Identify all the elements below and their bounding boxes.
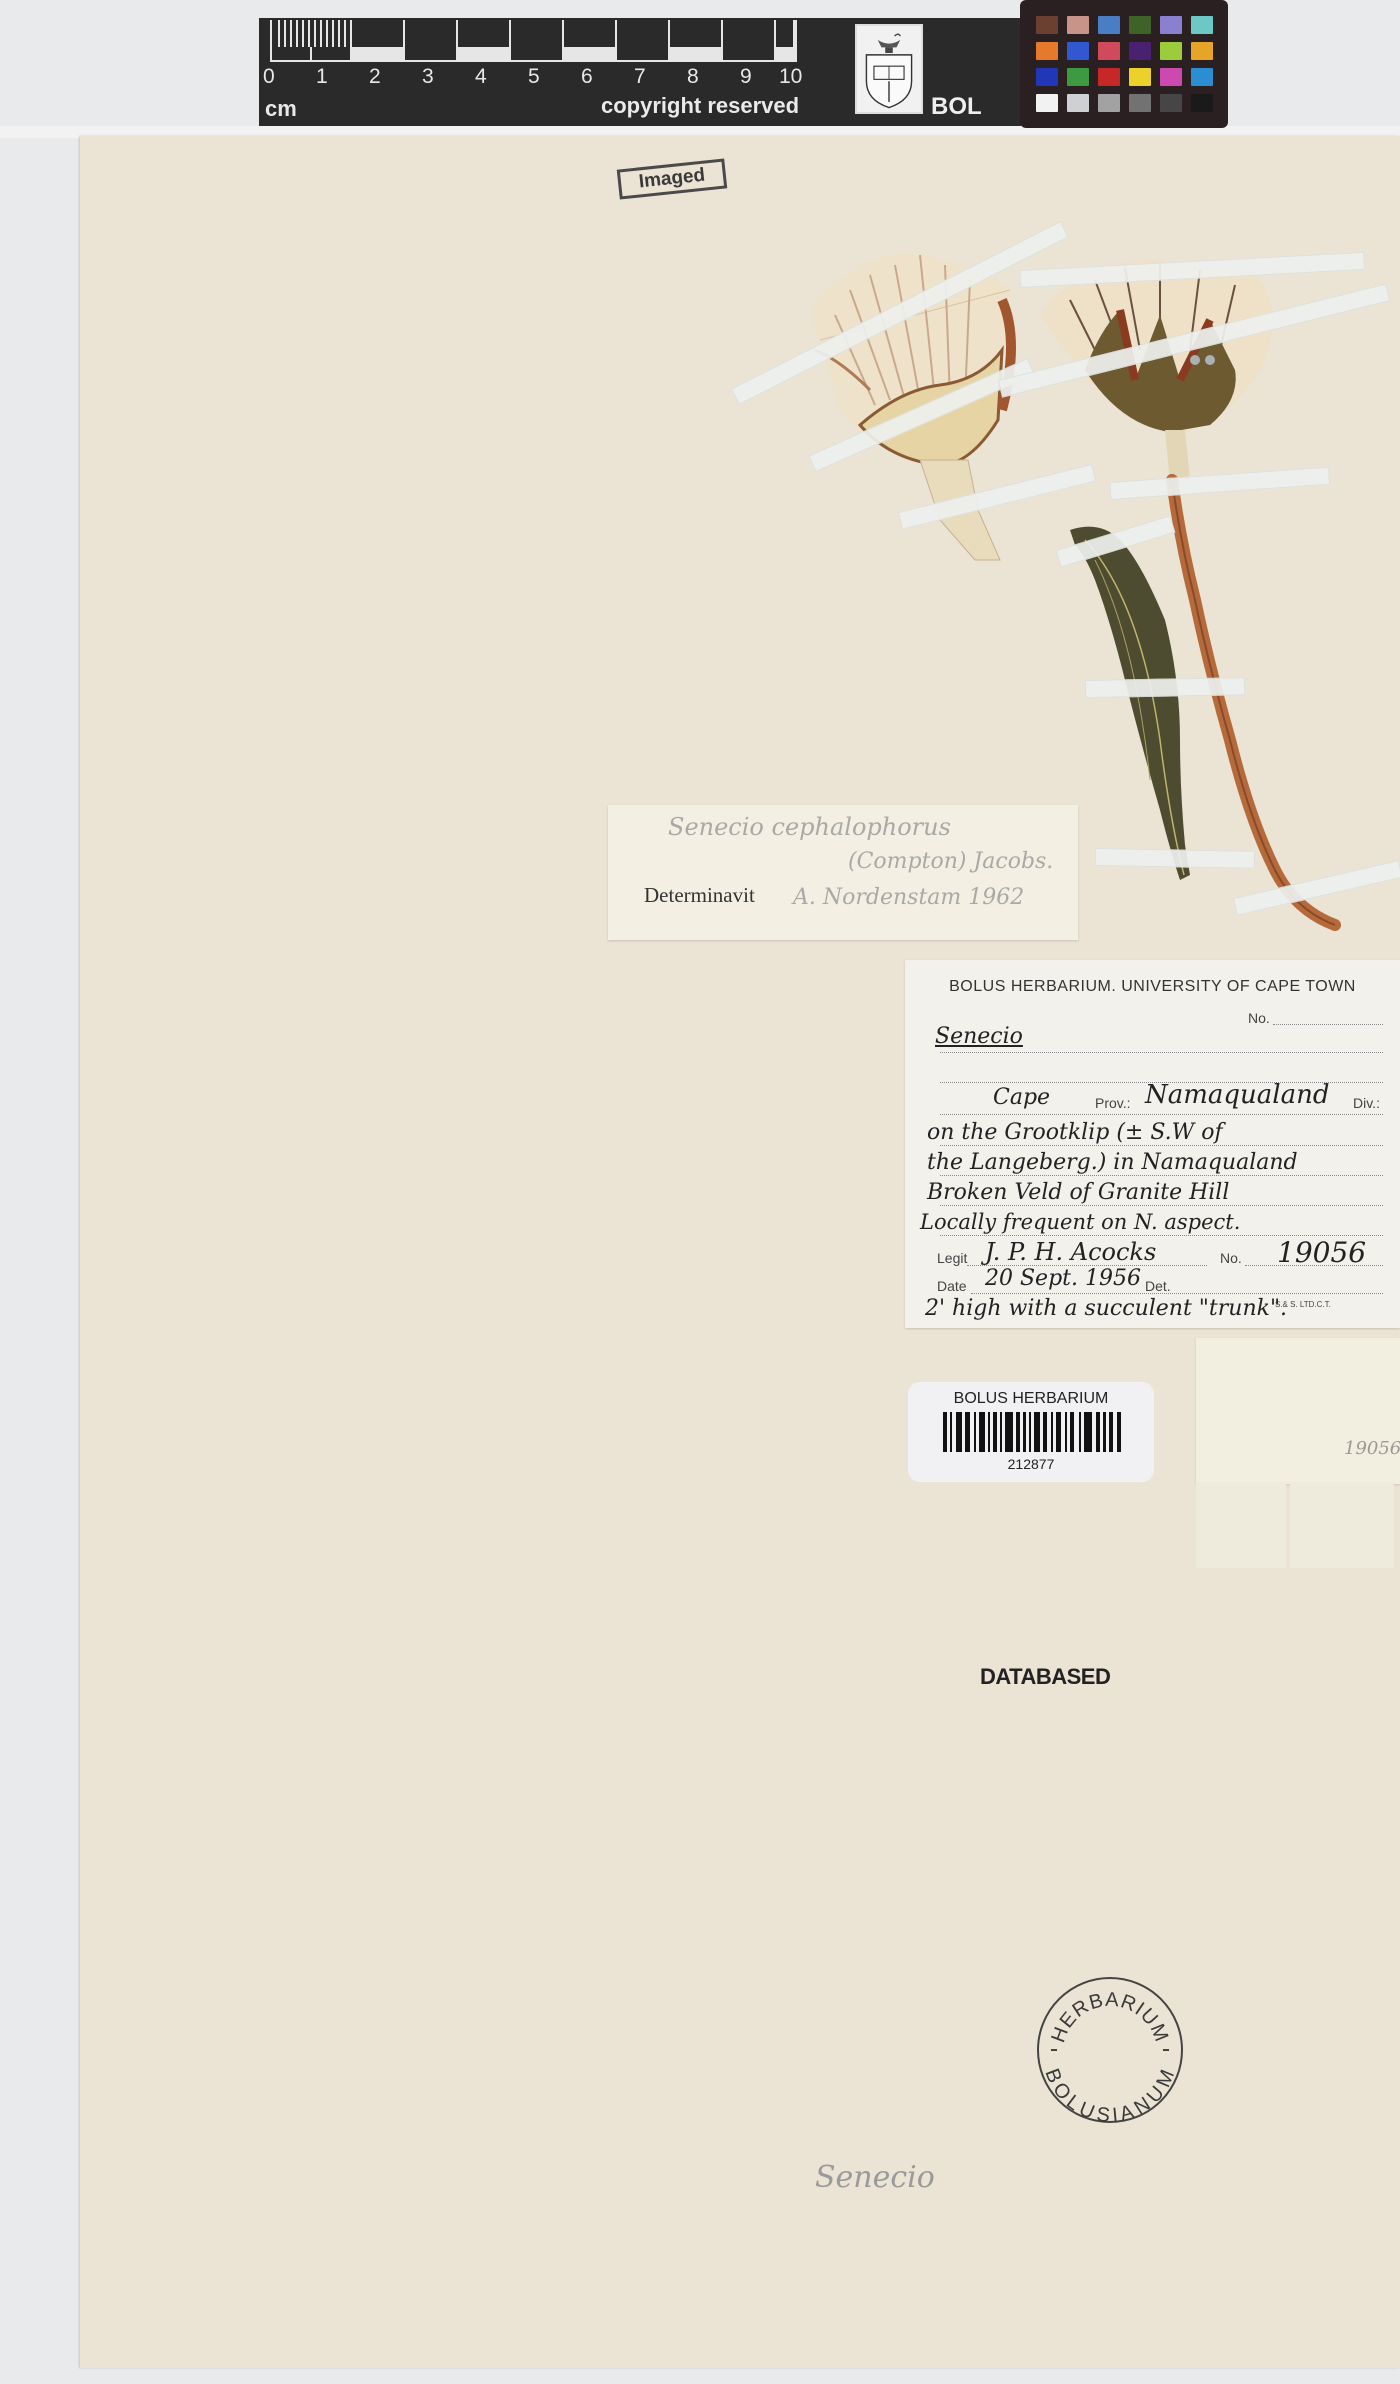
university-crest-icon (855, 24, 923, 114)
color-swatch (1036, 68, 1058, 86)
color-swatch (1129, 68, 1151, 86)
ruler-tick: 9 (740, 65, 752, 89)
color-swatch (1160, 94, 1182, 112)
barcode-title: BOLUS HERBARIUM (908, 1390, 1154, 1408)
color-calibration-chart (1020, 0, 1228, 128)
collector-number: 19056 (1277, 1236, 1366, 1269)
color-swatch (1067, 42, 1089, 60)
color-swatch (1036, 94, 1058, 112)
stamp-bottom-text: BOLUSIANUM (1040, 2066, 1179, 2125)
det-field-label: Det. (1145, 1278, 1171, 1294)
color-swatch (1129, 16, 1151, 34)
color-swatch (1191, 16, 1213, 34)
fragment-packet: 19056 (1196, 1338, 1400, 1484)
color-swatch (1129, 94, 1151, 112)
determinavit-label: Determinavit (644, 883, 755, 908)
barcode-label: BOLUS HERBARIUM 212877 (908, 1382, 1154, 1482)
color-swatch (1036, 42, 1058, 60)
color-swatch (1036, 16, 1058, 34)
det-authority: (Compton) Jacobs. (848, 849, 1053, 874)
ruler-tick: 8 (687, 65, 699, 89)
ruler-tick: 6 (581, 65, 593, 89)
ruler-tick: 10 (779, 65, 802, 89)
collection-label: BOLUS HERBARIUM. UNIVERSITY OF CAPE TOWN… (905, 960, 1400, 1328)
locality-line: Broken Veld of Granite Hill (927, 1180, 1229, 1205)
packet-flap (1196, 1482, 1286, 1568)
color-swatch (1129, 42, 1151, 60)
division-value: Namaqualand (1145, 1080, 1330, 1110)
institution-code: BOL (931, 93, 982, 121)
locality-line: Locally frequent on N. aspect. (920, 1210, 1240, 1234)
number-field-label: No. (1248, 1010, 1270, 1026)
mounting-tape (1095, 848, 1255, 869)
province-value: Cape (993, 1085, 1050, 1110)
locality-line: on the Grootklip (± S.W of (927, 1120, 1223, 1145)
copyright-notice: copyright reserved (601, 93, 799, 119)
ruler-tick: 1 (316, 65, 328, 89)
genus-handwritten: Senecio (935, 1024, 1023, 1049)
date-label: Date (937, 1278, 967, 1294)
ruler-tick: 5 (528, 65, 540, 89)
ruler-unit-label: cm (265, 96, 297, 122)
label-header: BOLUS HERBARIUM. UNIVERSITY OF CAPE TOWN (905, 978, 1400, 996)
color-swatch (1098, 68, 1120, 86)
pencil-genus-annotation: Senecio (815, 2160, 935, 2195)
collector-number-label: No. (1220, 1250, 1242, 1266)
color-swatch (1160, 68, 1182, 86)
color-swatch (1098, 16, 1120, 34)
color-swatch (1067, 94, 1089, 112)
ruler-tick: 2 (369, 65, 381, 89)
barcode-icon (943, 1412, 1121, 1452)
color-swatch (1098, 42, 1120, 60)
province-label: Prov.: (1095, 1095, 1131, 1111)
color-swatch (1160, 42, 1182, 60)
mounting-tape (1085, 677, 1245, 698)
color-swatch (1067, 68, 1089, 86)
stamp-top-text: HERBARIUM (1047, 1989, 1172, 2046)
ruler-scale-bar (270, 20, 797, 62)
leaf (1070, 527, 1190, 880)
det-taxon: Senecio cephalophorus (668, 813, 951, 841)
habit-notes: 2' high with a succulent "trunk". (925, 1296, 1287, 1321)
color-swatch (1160, 16, 1182, 34)
collection-date: 20 Sept. 1956 (985, 1266, 1141, 1291)
color-swatch (1191, 68, 1213, 86)
ruler-tick: 3 (422, 65, 434, 89)
division-label: Div.: (1353, 1095, 1380, 1111)
packet-number: 19056 (1344, 1438, 1400, 1459)
locality-line: the Langeberg.) in Namaqualand (927, 1150, 1298, 1175)
svg-text:BOLUSIANUM: BOLUSIANUM (1040, 2066, 1179, 2125)
herbarium-bolusianum-stamp: HERBARIUM BOLUSIANUM (1035, 1975, 1185, 2125)
color-swatch (1191, 94, 1213, 112)
det-determiner: A. Nordenstam 1962 (793, 885, 1024, 910)
ruler-tick: 4 (475, 65, 487, 89)
ruler-tick: 0 (263, 65, 275, 89)
color-swatch (1191, 42, 1213, 60)
color-swatch (1098, 94, 1120, 112)
packet-flap (1290, 1482, 1394, 1568)
legit-label: Legit (937, 1250, 967, 1266)
color-swatch (1067, 16, 1089, 34)
collector-name: J. P. H. Acocks (985, 1238, 1156, 1266)
databased-stamp: DATABASED (980, 1664, 1110, 1690)
scale-ruler: 0 1 2 3 4 5 6 7 8 9 10 cm copyright rese… (259, 18, 1021, 126)
svg-text:HERBARIUM: HERBARIUM (1047, 1989, 1172, 2046)
barcode-number: 212877 (908, 1456, 1154, 1472)
determination-slip: Senecio cephalophorus (Compton) Jacobs. … (608, 805, 1078, 940)
ruler-tick: 7 (634, 65, 646, 89)
printer-mark: S.& S. LTD.C.T. (1275, 1300, 1331, 1309)
